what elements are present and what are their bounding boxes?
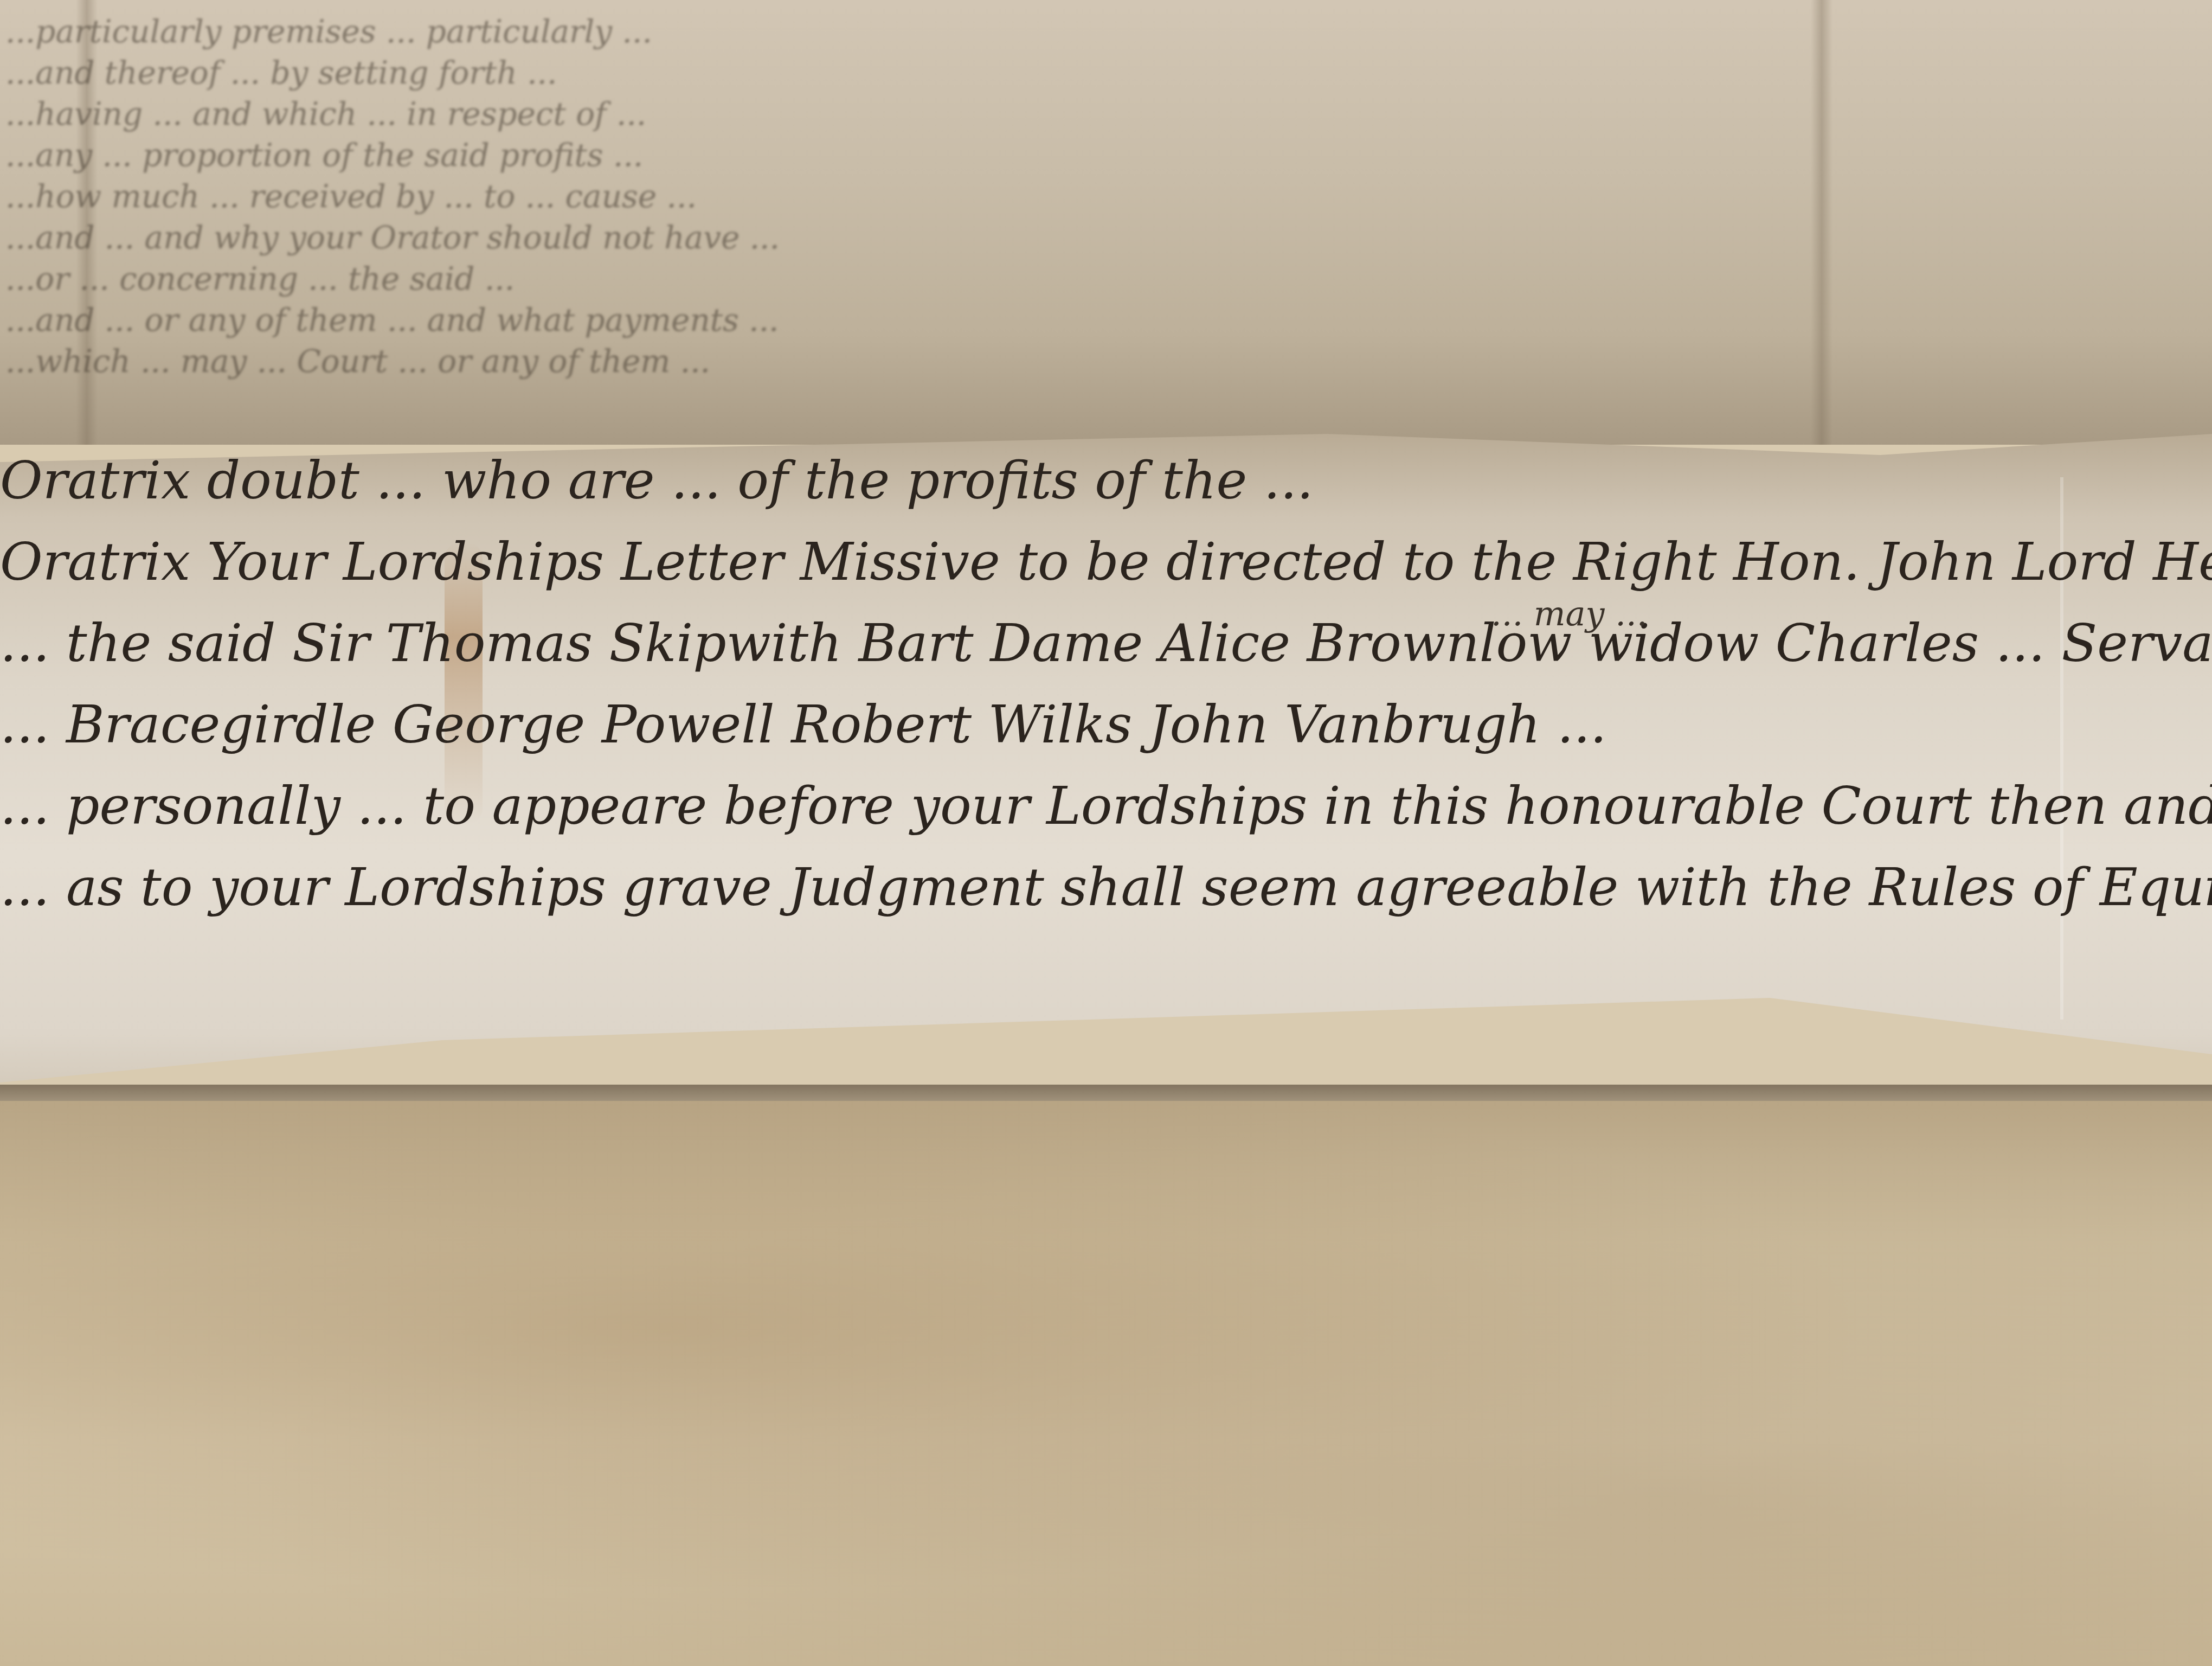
- faded-line: ...having ... and which ... in respect o…: [0, 93, 2212, 134]
- legible-text-block: Oratrix doubt ... who are ... of the pro…: [0, 450, 2212, 938]
- handwritten-line: ... personally ... to appeare before you…: [0, 776, 2212, 857]
- faded-line: ...particularly premises ... particularl…: [0, 11, 2212, 52]
- interlinear-note: ... may ...: [1491, 594, 1647, 633]
- faded-line: ...and thereof ... by setting forth ...: [0, 52, 2212, 93]
- document-photo: ...particularly premises ... particularl…: [0, 0, 2212, 1666]
- faded-upper-section: ...particularly premises ... particularl…: [0, 0, 2212, 445]
- faded-line: ...how much ... received by ... to ... c…: [0, 176, 2212, 217]
- faded-line: ...and ... or any of them ... and what p…: [0, 299, 2212, 341]
- handwritten-line: ... as to your Lordships grave Judgment …: [0, 857, 2212, 938]
- faded-line: ...and ... and why your Orator should no…: [0, 217, 2212, 258]
- handwritten-line: Oratrix doubt ... who are ... of the pro…: [0, 450, 2212, 531]
- handwritten-line: Oratrix Your Lordships Letter Missive to…: [0, 531, 2212, 613]
- faded-line: ...which ... may ... Court ... or any of…: [0, 341, 2212, 382]
- faded-line: ...any ... proportion of the said profit…: [0, 134, 2212, 176]
- handwritten-line: ... Bracegirdle George Powell Robert Wil…: [0, 694, 2212, 776]
- faded-line: ...or ... concerning ... the said ...: [0, 258, 2212, 299]
- handwritten-line: ... the said Sir Thomas Skipwith Bart Da…: [0, 613, 2212, 694]
- upper-text-block: ...particularly premises ... particularl…: [0, 11, 2212, 382]
- vellum-backing: [0, 1101, 2212, 1666]
